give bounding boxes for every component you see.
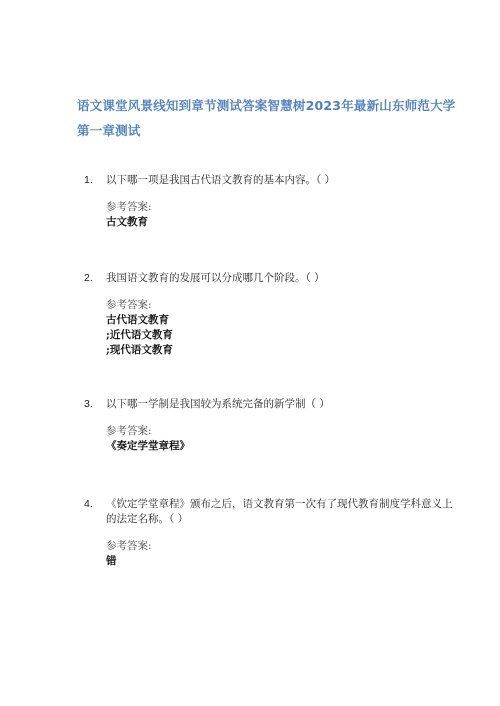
question-number: 4.	[84, 497, 93, 512]
answer-label: 参考答案:	[106, 539, 454, 554]
document-title-line1: 语文课堂风景线知到章节测试答案智慧树2023年最新山东师范大学	[77, 96, 456, 114]
question-text: 以下哪一学制是我国较为系统完备的新学制（ ）	[106, 397, 454, 412]
question-3: 3. 以下哪一学制是我国较为系统完备的新学制（ ） 参考答案: 《奏定学堂章程》	[84, 397, 454, 454]
answer-label: 参考答案:	[106, 200, 454, 215]
chapter-title: 第一章测试	[77, 121, 141, 139]
question-1: 1. 以下哪一项是我国古代语文教育的基本内容。（ ） 参考答案: 古文教育	[84, 173, 454, 230]
question-text: 以下哪一项是我国古代语文教育的基本内容。（ ）	[106, 173, 454, 188]
question-text: 我国语文教育的发展可以分成哪几个阶段。（ ）	[106, 271, 454, 286]
question-2: 2. 我国语文教育的发展可以分成哪几个阶段。（ ） 参考答案: 古代语文教育 ;…	[84, 271, 454, 358]
answer-text: 错	[106, 554, 454, 569]
answer-text: 古文教育	[106, 215, 454, 230]
question-number: 2.	[84, 271, 93, 286]
answer-text: 《奏定学堂章程》	[106, 439, 454, 454]
answer-text: ;现代语文教育	[106, 343, 454, 358]
question-number: 3.	[84, 397, 93, 412]
answer-text: 古代语文教育	[106, 313, 454, 328]
question-4: 4. 《钦定学堂章程》颁布之后，语文教育第一次有了现代教育制度学科意义上的法定名…	[84, 497, 454, 569]
question-text: 《钦定学堂章程》颁布之后，语文教育第一次有了现代教育制度学科意义上的法定名称。（…	[106, 497, 454, 527]
answer-label: 参考答案:	[106, 298, 454, 313]
answer-label: 参考答案:	[106, 424, 454, 439]
question-number: 1.	[84, 173, 93, 188]
answer-text: ;近代语文教育	[106, 328, 454, 343]
